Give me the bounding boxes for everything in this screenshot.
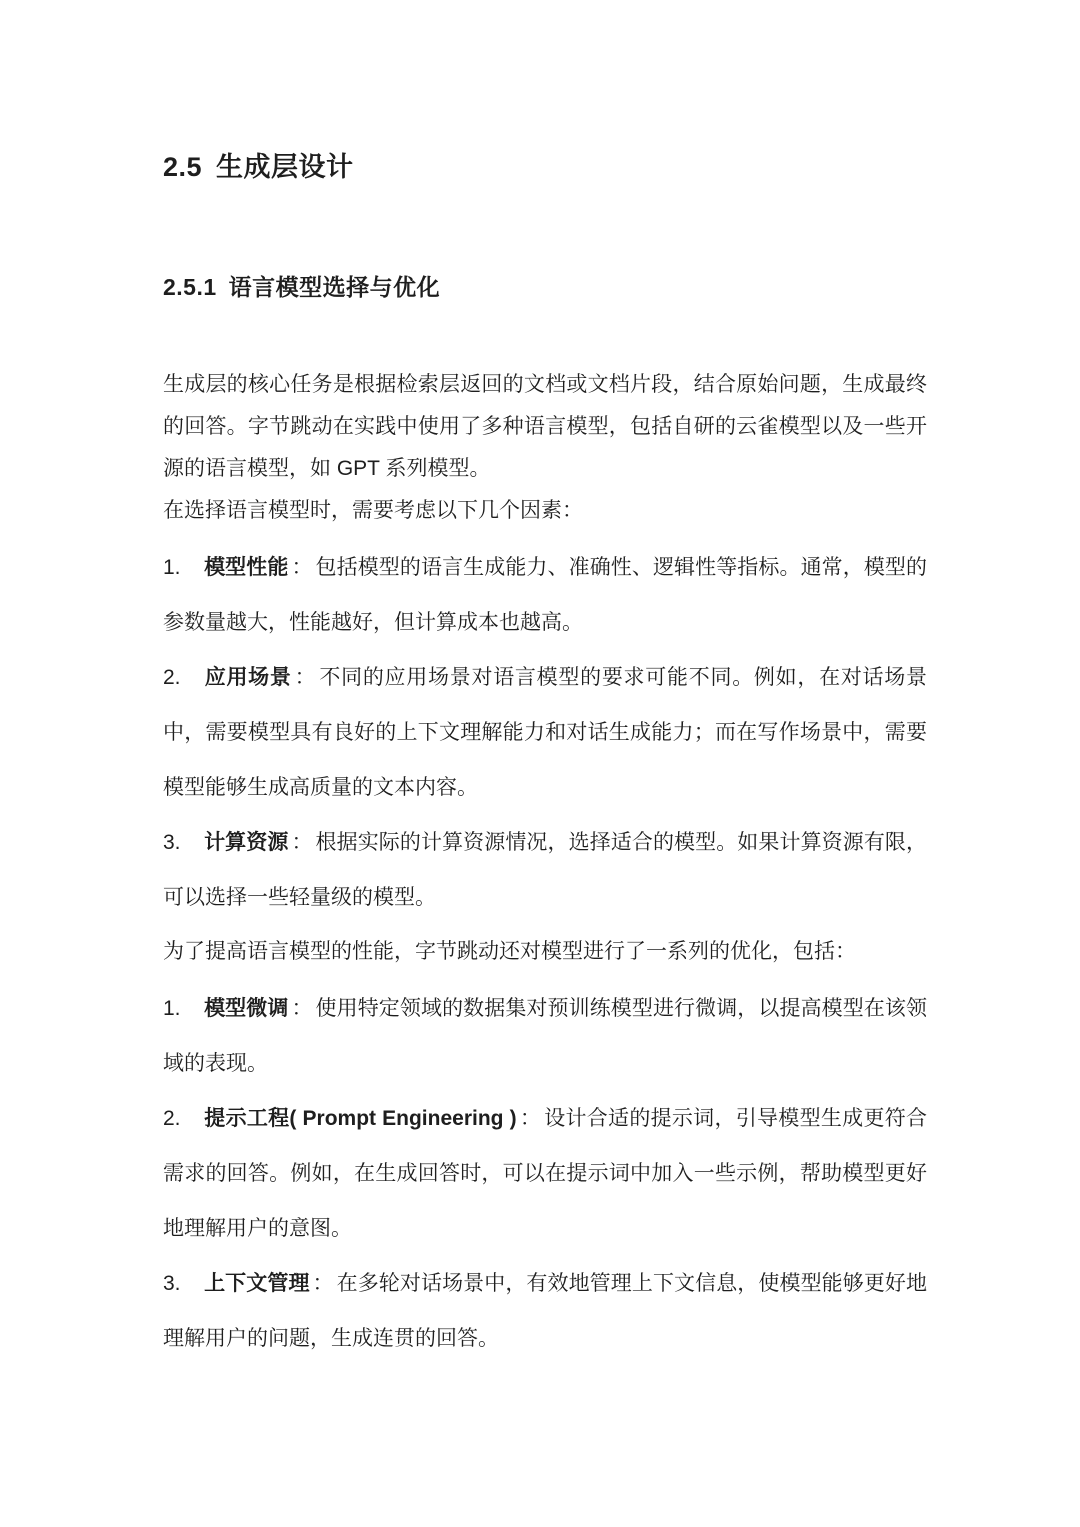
- list-item-separator: ：: [310, 1272, 337, 1295]
- list-item-number: 2.: [163, 1091, 204, 1146]
- list-item: 3.上下文管理：在多轮对话场景中，有效地管理上下文信息，使模型能够更好地理解用户…: [163, 1256, 927, 1366]
- list-item-term: 模型性能: [204, 556, 288, 579]
- list-item-term: 计算资源: [204, 831, 288, 854]
- list-item-number: 2.: [163, 650, 204, 705]
- list-item: 2.应用场景：不同的应用场景对语言模型的要求可能不同。例如，在对话场景中，需要模…: [163, 650, 927, 815]
- factors-lead-paragraph: 在选择语言模型时，需要考虑以下几个因素：: [163, 490, 927, 532]
- section-heading: 2.5生成层设计: [163, 150, 927, 184]
- list-item-separator: ：: [288, 556, 315, 579]
- intro-paragraph: 生成层的核心任务是根据检索层返回的文档或文档片段，结合原始问题，生成最终的回答。…: [163, 364, 927, 490]
- subsection-heading-number: 2.5.1: [163, 274, 217, 300]
- list-item-separator: ：: [292, 666, 320, 689]
- section-heading-number: 2.5: [163, 152, 202, 182]
- list-item-number: 3.: [163, 1256, 204, 1311]
- list-item-term: 模型微调: [204, 997, 288, 1020]
- section-heading-title: 生成层设计: [216, 152, 354, 182]
- list-item: 1.模型性能：包括模型的语言生成能力、准确性、逻辑性等指标。通常，模型的参数量越…: [163, 540, 927, 650]
- list-item: 3.计算资源：根据实际的计算资源情况，选择适合的模型。如果计算资源有限，可以选择…: [163, 815, 927, 925]
- list-item-term: 上下文管理: [204, 1272, 310, 1295]
- list-item-separator: ：: [517, 1107, 545, 1130]
- optimizations-lead-paragraph: 为了提高语言模型的性能，字节跳动还对模型进行了一系列的优化，包括：: [163, 931, 927, 973]
- list-item: 2.提示工程( Prompt Engineering )：设计合适的提示词，引导…: [163, 1091, 927, 1256]
- list-item: 1.模型微调：使用特定领域的数据集对预训练模型进行微调，以提高模型在该领域的表现…: [163, 981, 927, 1091]
- optimizations-list: 1.模型微调：使用特定领域的数据集对预训练模型进行微调，以提高模型在该领域的表现…: [163, 981, 927, 1366]
- list-item-separator: ：: [288, 997, 315, 1020]
- list-item-number: 1.: [163, 981, 204, 1036]
- document-page: 2.5生成层设计 2.5.1语言模型选择与优化 生成层的核心任务是根据检索层返回…: [0, 0, 1080, 1527]
- list-item-term: 提示工程( Prompt Engineering ): [204, 1107, 517, 1130]
- list-item-separator: ：: [288, 831, 315, 854]
- factors-list: 1.模型性能：包括模型的语言生成能力、准确性、逻辑性等指标。通常，模型的参数量越…: [163, 540, 927, 925]
- list-item-number: 3.: [163, 815, 204, 870]
- list-item-number: 1.: [163, 540, 204, 595]
- list-item-term: 应用场景: [204, 666, 292, 689]
- subsection-heading-title: 语言模型选择与优化: [229, 274, 441, 300]
- subsection-heading: 2.5.1语言模型选择与优化: [163, 272, 927, 302]
